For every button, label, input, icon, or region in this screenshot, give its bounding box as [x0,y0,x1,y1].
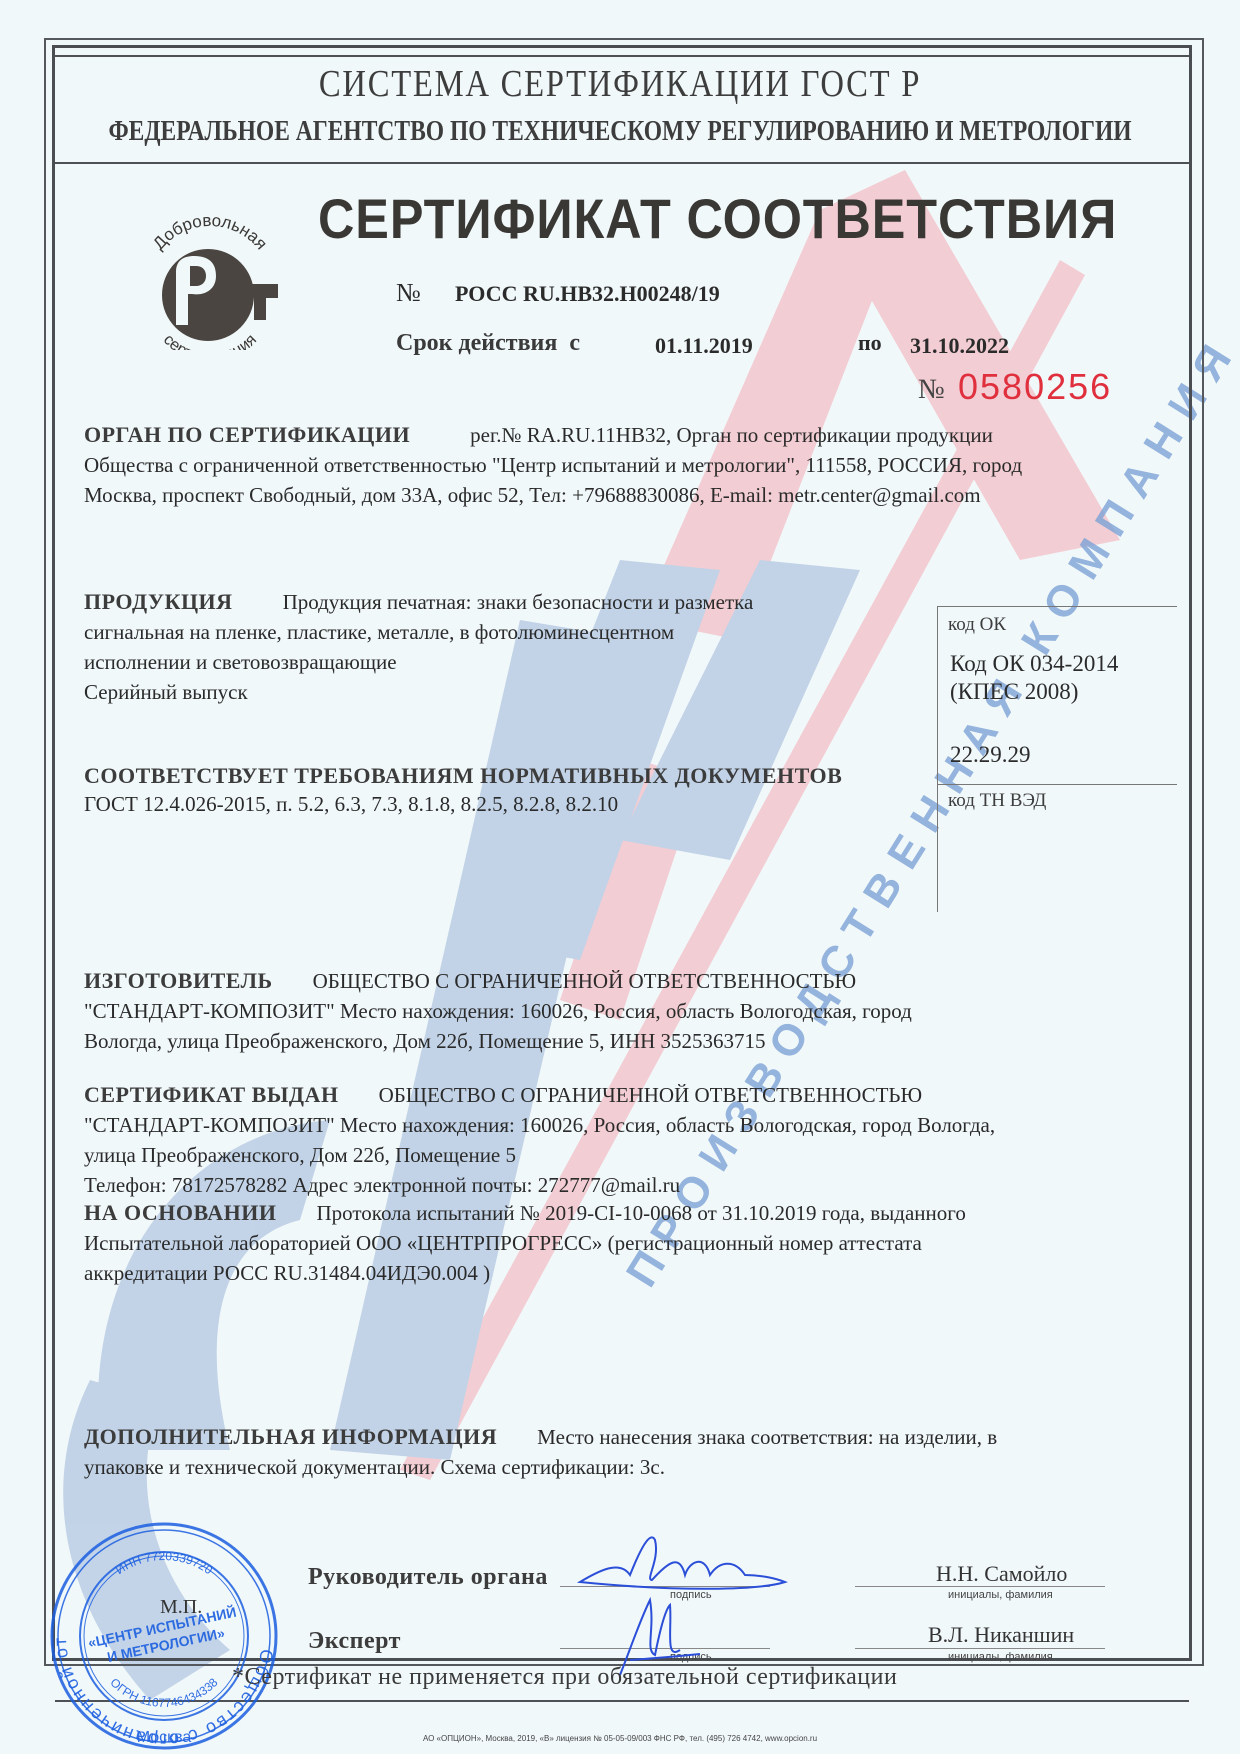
ok-code-label: код ОК [948,614,1006,636]
agency-name: ФЕДЕРАЛЬНОЕ АГЕНТСТВО ПО ТЕХНИЧЕСКОМУ РЕ… [99,116,1141,148]
product-line: исполнении и световозвращающие [84,647,934,677]
section-additional-info: ДОПОЛНИТЕЛЬНАЯ ИНФОРМАЦИЯМесто нанесения… [84,1422,1164,1482]
issued-to-first-line: ОБЩЕСТВО С ОГРАНИЧЕННОЙ ОТВЕТСТВЕННОСТЬЮ [379,1083,923,1107]
certification-body-line: Общества с ограниченной ответственностью… [84,450,1164,480]
basis-label: НА ОСНОВАНИИ [84,1200,277,1225]
expert-name-caption: инициалы, фамилия [948,1651,1053,1663]
certification-body-label: ОРГАН ПО СЕРТИФИКАЦИИ [84,422,410,447]
valid-from: 01.11.2019 [655,333,753,359]
section-manufacturer: ИЗГОТОВИТЕЛЬОБЩЕСТВО С ОГРАНИЧЕННОЙ ОТВЕ… [84,966,1164,1056]
section-compliance: СООТВЕТСТВУЕТ ТРЕБОВАНИЯМ НОРМАТИВНЫХ ДО… [84,763,944,819]
additional-info-first-line: Место нанесения знака соответствия: на и… [537,1425,997,1449]
additional-info-line: упаковке и технической документации. Схе… [84,1452,1164,1482]
tnved-label: код ТН ВЭД [948,790,1046,812]
ok-classifier: Код ОК 034-2014 [950,650,1118,678]
head-name-caption: инициалы, фамилия [948,1589,1053,1601]
certification-body-first-line: рег.№ RA.RU.11HB32, Орган по сертификаци… [470,423,993,447]
company-stamp: Общество с ограниченной ответственностью… [48,1520,280,1752]
section-certification-body: ОРГАН ПО СЕРТИФИКАЦИИрег.№ RA.RU.11HB32,… [84,420,1164,510]
product-line: Серийный выпуск [84,677,934,707]
number-symbol: № [396,278,421,308]
compliance-standards: ГОСТ 12.4.026-2015, п. 5.2, 6.3, 7.3, 8.… [84,789,944,819]
certification-body-line: Москва, проспект Свободный, дом 33А, офи… [84,480,1164,510]
svg-text:Добровольная: Добровольная [149,211,271,253]
basis-line: Испытательной лабораторией ООО «ЦЕНТРПРО… [84,1228,1164,1258]
header-rule [55,162,1189,164]
expert-label: Эксперт [308,1628,401,1655]
head-signature [560,1520,800,1600]
issued-to-line: "СТАНДАРТ-КОМПОЗИТ" Место нахождения: 16… [84,1110,1164,1140]
section-basis: НА ОСНОВАНИИПротокола испытаний № 2019-C… [84,1198,1164,1288]
product-line: сигнальная на пленке, пластике, металле,… [84,617,934,647]
ok-classifier-version: (КПЕС 2008) [950,678,1118,706]
system-title: СИСТЕМА СЕРТИФИКАЦИИ ГОСТ Р [87,62,1153,106]
head-label: Руководитель органа [308,1564,548,1591]
basis-first-line: Протокола испытаний № 2019-CI-10-0068 от… [317,1201,966,1225]
product-first-line: Продукция печатная: знаки безопасности и… [283,590,754,614]
manufacturer-first-line: ОБЩЕСТВО С ОГРАНИЧЕННОЙ ОТВЕТСТВЕННОСТЬЮ [313,969,857,993]
issued-to-line: Телефон: 78172578282 Адрес электронной п… [84,1170,1164,1200]
section-issued-to: СЕРТИФИКАТ ВЫДАНОБЩЕСТВО С ОГРАНИЧЕННОЙ … [84,1080,1164,1200]
serial-number: 0580256 [958,366,1112,408]
certificate-number: РОСС RU.HB32.H00248/19 [455,281,720,307]
additional-info-label: ДОПОЛНИТЕЛЬНАЯ ИНФОРМАЦИЯ [84,1424,497,1449]
expert-name: В.Л. Никаншин [928,1622,1074,1648]
manufacturer-line: "СТАНДАРТ-КОМПОЗИТ" Место нахождения: 16… [84,996,1164,1026]
basis-line: аккредитации РОСС RU.31484.04ИДЭ0.004 ) [84,1258,1164,1288]
product-label: ПРОДУКЦИЯ [84,589,233,614]
printer-imprint: АО «ОПЦИОН», Москва, 2019, «В» лицензия … [0,1734,1240,1743]
footer-note: *Сертификат не применяется при обязатель… [232,1664,897,1691]
ok-code-number: 22.29.29 [950,742,1031,768]
svg-text:ОГРН 1167746434338: ОГРН 1167746434338 [107,1675,220,1710]
tnved-top-line [937,784,1177,785]
manufacturer-label: ИЗГОТОВИТЕЛЬ [84,968,273,993]
issued-to-label: СЕРТИФИКАТ ВЫДАН [84,1082,339,1107]
serial-symbol: № [918,374,945,406]
head-name: Н.Н. Самойло [936,1561,1067,1587]
valid-to-label: по [858,330,882,356]
svg-text:ИНН 7720339720: ИНН 7720339720 [113,1549,215,1577]
rst-logo: Добровольная сертификация [130,200,290,350]
compliance-label: СООТВЕТСТВУЕТ ТРЕБОВАНИЯМ НОРМАТИВНЫХ ДО… [84,763,944,789]
manufacturer-line: Вологда, улица Преображенского, Дом 22б,… [84,1026,1164,1056]
validity-label: Срок действия с [396,330,580,357]
ok-code-value: Код ОК 034-2014 (КПЕС 2008) [950,650,1118,706]
document-title: СЕРТИФИКАТ СООТВЕТСТВИЯ [318,186,1117,251]
section-product: ПРОДУКЦИЯПродукция печатная: знаки безоп… [84,587,934,707]
valid-to: 31.10.2022 [910,333,1009,359]
top-rule [55,55,1189,57]
issued-to-line: улица Преображенского, Дом 22б, Помещени… [84,1140,1164,1170]
expert-name-line [855,1648,1105,1649]
